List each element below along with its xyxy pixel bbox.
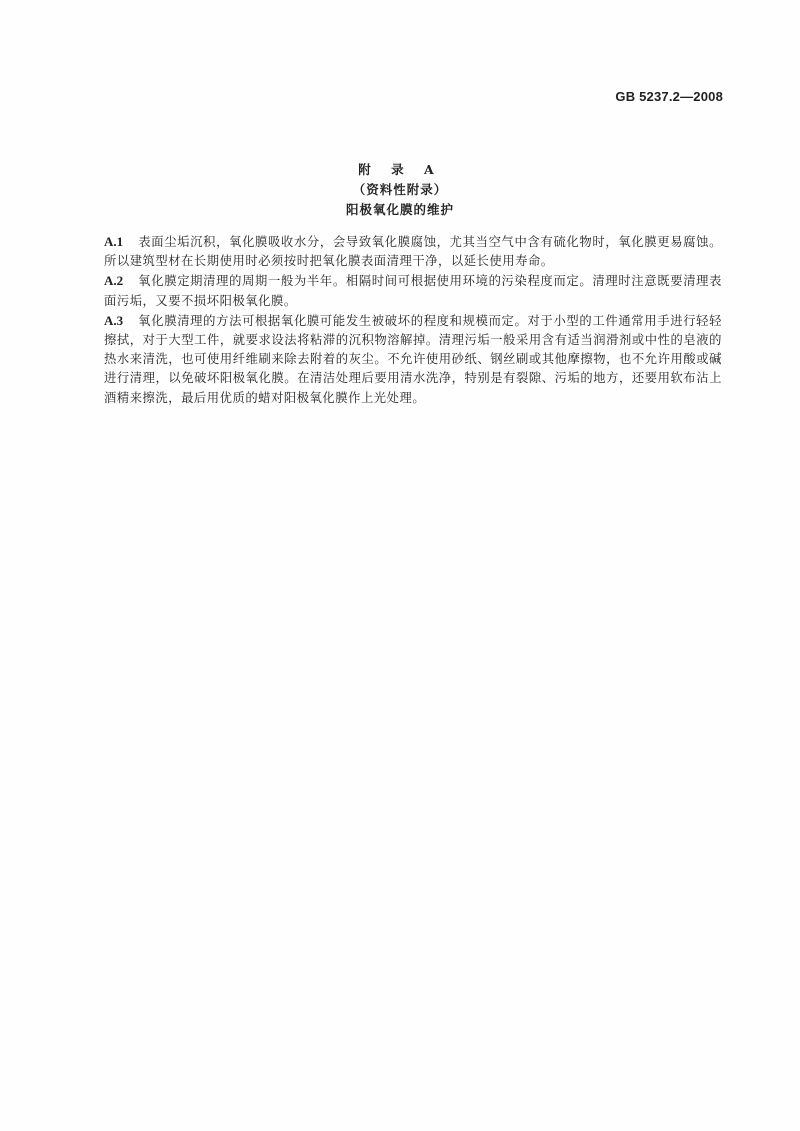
standard-number: GB 5237.2—2008: [615, 89, 723, 104]
clause-a3: A.3氧化膜清理的方法可根据氧化膜可能发生被破坏的程度和规模而定。对于小型的工件…: [104, 311, 722, 408]
clause-number: A.2: [104, 273, 123, 288]
clause-text: 氧化膜清理的方法可根据氧化膜可能发生被破坏的程度和规模而定。对于小型的工件通常用…: [104, 314, 722, 405]
clause-text: 表面尘垢沉积，氧化膜吸收水分，会导致氧化膜腐蚀，尤其当空气中含有硫化物时，氧化膜…: [104, 235, 722, 268]
clause-number: A.1: [104, 234, 123, 249]
appendix-heading: 附 录 A （资料性附录） 阳极氧化膜的维护: [0, 160, 800, 220]
appendix-title: 附 录 A: [0, 160, 800, 180]
clause-a2: A.2氧化膜定期清理的周期一般为半年。相隔时间可根据使用环境的污染程度而定。清理…: [104, 271, 722, 310]
clause-text: 氧化膜定期清理的周期一般为半年。相隔时间可根据使用环境的污染程度而定。清理时注意…: [104, 274, 722, 307]
appendix-name: 阳极氧化膜的维护: [0, 200, 800, 220]
clause-number: A.3: [104, 313, 123, 328]
appendix-body: A.1表面尘垢沉积，氧化膜吸收水分，会导致氧化膜腐蚀，尤其当空气中含有硫化物时，…: [104, 232, 722, 408]
appendix-type: （资料性附录）: [0, 180, 800, 200]
clause-a1: A.1表面尘垢沉积，氧化膜吸收水分，会导致氧化膜腐蚀，尤其当空气中含有硫化物时，…: [104, 232, 722, 271]
document-page: GB 5237.2—2008 附 录 A （资料性附录） 阳极氧化膜的维护 A.…: [0, 0, 800, 1131]
